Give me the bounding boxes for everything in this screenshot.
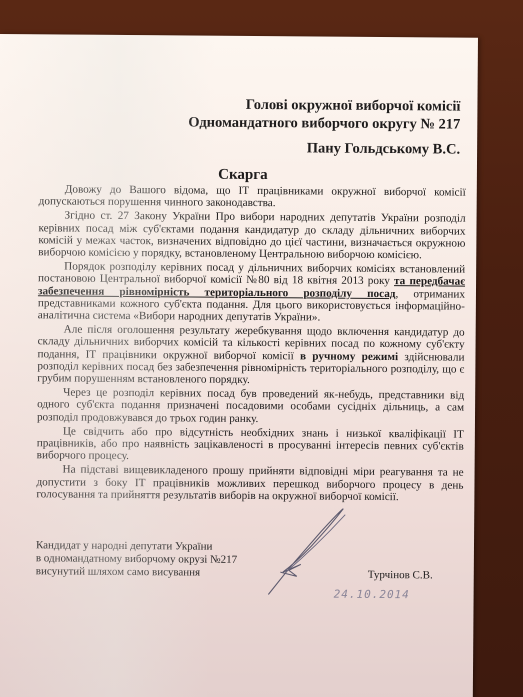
paragraph-6: Це свідчить або про відсутність необхідн… bbox=[37, 425, 464, 465]
complaint-body: Довожу до Вашого відома, що ІТ працівник… bbox=[36, 183, 465, 505]
paper-sheet: Голові окружної виборчої комісії Одноман… bbox=[0, 34, 478, 697]
addressee-line-1: Голові окружної виборчої комісії bbox=[188, 95, 460, 115]
paragraph-5: Через це розподіл керівних посад був про… bbox=[37, 387, 464, 427]
candidate-line-3: висунутий шляхом само висування bbox=[36, 565, 237, 580]
addressee-name: Пану Гольдському В.С. bbox=[307, 140, 460, 158]
paragraph-4: Але після оголошення результату жеребкув… bbox=[37, 324, 464, 388]
document-content: Голові окружної виборчої комісії Одноман… bbox=[0, 34, 478, 38]
addressee-block: Голові окружної виборчої комісії Одноман… bbox=[188, 95, 460, 133]
paragraph-4-bold: в ручному режимі bbox=[300, 350, 398, 363]
paragraph-7: На підставі вищевикладеного прошу прийня… bbox=[36, 464, 463, 504]
paragraph-1: Довожу до Вашого відома, що ІТ працівник… bbox=[39, 183, 466, 211]
addressee-line-2: Одномандатного виборчого округу № 217 bbox=[188, 113, 460, 133]
handwritten-signature-icon bbox=[261, 506, 372, 597]
paragraph-3: Порядок розподілу керівних посад у дільн… bbox=[38, 261, 465, 325]
signer-name: Турчінов С.В. bbox=[368, 569, 433, 582]
paragraph-2: Згідно ст. 27 Закону України Про вибори … bbox=[38, 210, 465, 262]
handwritten-date: 24.10.2014 bbox=[334, 588, 410, 602]
candidate-block: Кандидат у народні депутати України в од… bbox=[36, 539, 238, 580]
